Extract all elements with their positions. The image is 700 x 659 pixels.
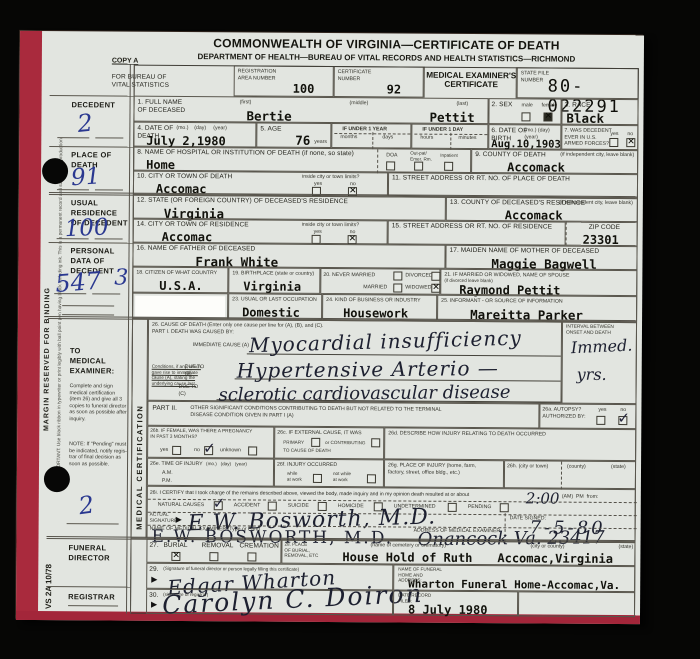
copy-label: COPY A (112, 57, 139, 64)
divider (50, 95, 134, 97)
residence-state-label: 12. STATE (OR FOREIGN COUNTRY) OF DECEAS… (137, 197, 348, 206)
external-contributing-label: or CONTRIBUTING (325, 440, 365, 446)
full-name-label: 1. FULL NAME OF DECEASED (137, 99, 185, 115)
field-sex: 2. SEX male female (488, 98, 561, 125)
field-ssn-redacted (132, 293, 228, 320)
field-armed-forces: 7. WAS DECEDENT EVER IN U.S. ARMED FORCE… (561, 125, 638, 151)
field-under-one-day: IF UNDER 1 DAY hours minutes (411, 124, 488, 150)
external-primary-label: PRIMARY (283, 440, 304, 446)
days-label: days (382, 134, 393, 141)
last-hint: (last) (457, 101, 469, 108)
burial-state-hint: (state) (618, 544, 633, 551)
medical-certification-label: MEDICAL CERTIFICATION (135, 330, 145, 530)
sidebar-decedent-value: 2 (76, 109, 94, 138)
rule (57, 238, 89, 239)
field-father: 16. NAME OF FATHER OF DECEASED Frank Whi… (132, 243, 445, 269)
punch-hole-bottom (44, 466, 70, 492)
external-primary-checkbox (311, 438, 320, 447)
sidebar-examiner-copy-number: 2 (77, 490, 96, 520)
fd-signature-pointer-icon: ▶ (151, 575, 157, 584)
sidebar-funeral-director-label: FUNERAL DIRECTOR (68, 543, 110, 564)
divider (46, 586, 130, 588)
injury-city-label: 26h. (city or town) (507, 463, 548, 470)
residence-limits-label: inside city or town limits? (302, 222, 359, 229)
medical-certification-strip: MEDICAL CERTIFICATION (131, 319, 149, 539)
injury-time-label: 26e. TIME OF INJURY (150, 461, 203, 468)
field-age: 5. AGE 76 years (256, 122, 331, 148)
field-mother: 17. MAIDEN NAME OF MOTHER OF DECEASED Ma… (445, 245, 637, 270)
burial-city-value: Accomac,Virginia (497, 551, 613, 566)
rule (95, 189, 123, 190)
race-label: 3. RACE (565, 102, 591, 110)
field-marital-status: 20. NEVER MARRIED DIVORCED MARRIED WIDOW… (320, 268, 440, 295)
doa-checkbox (386, 161, 395, 170)
rule (57, 137, 89, 138)
while-at-work-checkbox (313, 474, 322, 483)
cause-of-death-box: 26. CAUSE OF DEATH (Enter only one cause… (147, 319, 562, 404)
external-cause-box: 26c. IF EXTERNAL CAUSE, IT WAS PRIMARY o… (274, 427, 384, 460)
field-county-of-death: 9. COUNTY OF DEATH (if independent city,… (471, 149, 638, 174)
armed-forces-label: 7. WAS DECEDENT EVER IN U.S. ARMED FORCE… (564, 128, 612, 148)
registrar-signature-pointer-icon: ▶ (151, 600, 157, 609)
sidebar-personal-data-value2: 3 (114, 265, 128, 290)
form-code: VS 2A 10/78 (44, 539, 53, 609)
pregnancy-box: 26b. IF FEMALE, WAS THERE A PREGNANCY IN… (147, 426, 274, 459)
funeral-home-box: NAME OF FUNERAL HOME AND ADDRESS: Wharto… (393, 564, 635, 592)
months-label: months (340, 134, 357, 141)
citizen-label: 18. CITIZEN OF WHAT COUNTRY (136, 270, 217, 277)
interval-b-value: yrs. (577, 365, 607, 384)
pregnancy-unknown-label: unknown (220, 447, 241, 454)
manner-undetermined-checkbox (448, 503, 457, 512)
injury-county-label: (county) (567, 464, 586, 471)
sex-female-checkbox (543, 112, 552, 121)
certify-text: 26i. I CERTIFY that I took charge of the… (150, 490, 469, 498)
injury-at-work-box: 26f. INJURY OCCURRED while at work not w… (274, 459, 384, 488)
date-filed-box: DATE RECORD FILED: 8 July 1980 (393, 590, 518, 616)
external-suffix: TO CAUSE OF DEATH (283, 448, 331, 454)
field-hospital: 8. NAME OF HOSPITAL OR INSTITUTION OF DE… (133, 147, 471, 173)
county-of-death-label: 9. COUNTY OF DEATH (475, 151, 546, 159)
burial-checkbox (171, 552, 180, 561)
field-under-one-year: IF UNDER 1 YEAR months days (331, 123, 411, 149)
sex-label: 2. SEX (492, 101, 513, 109)
burial-place-label: 28. PLACE OF BURIAL, REMOVAL, ETC (284, 542, 318, 559)
autopsy-label: 26a. AUTOPSY? AUTHORIZED BY: (542, 406, 585, 419)
disposition-number: 27. (149, 542, 158, 550)
removal-label: REMOVAL (201, 542, 233, 550)
injury-time-pm: P.M. (162, 478, 172, 485)
field-occupation: 23. USUAL OR LAST OCCUPATION Domestic (228, 293, 322, 320)
pregnancy-label: 26b. IF FEMALE, WAS THERE A PREGNANCY IN… (150, 429, 252, 442)
injury-time-hints: (mo.) (day) (year) (206, 461, 247, 467)
field-residence-city: 14. CITY OR TOWN OF RESIDENCE Accomac in… (133, 219, 388, 245)
city-of-death-label: 10. CITY OR TOWN OF DEATH (137, 173, 232, 181)
red-binding-strip (16, 31, 42, 620)
last-name-value: Pettit (429, 110, 474, 125)
race-value: Black (566, 111, 604, 126)
city-of-death-limits-label: inside city or town limits? (302, 174, 359, 181)
occupation-label: 23. USUAL OR LAST OCCUPATION (232, 296, 317, 303)
rule (67, 523, 119, 524)
residence-limits-yes-checkbox (312, 235, 321, 244)
hours-label: hours (420, 135, 433, 142)
father-label: 16. NAME OF FATHER OF DECEASED (137, 245, 256, 254)
date-of-death-hints: (mo.) (day) (year) (176, 125, 226, 132)
empty-end-box (518, 591, 635, 617)
armed-forces-no-checkbox (626, 138, 635, 147)
field-residence-county: 13. COUNTY OF DECEASED'S RESIDENCE (if i… (446, 197, 638, 222)
interval-a-value: Immed. (570, 336, 632, 358)
not-while-at-work-label: not while at work (333, 471, 351, 483)
certify-ampm: (AM) PM from: (562, 494, 599, 501)
cremation-label: CREMATION (239, 542, 278, 550)
sidebar-registrar-label: REGISTRAR (68, 592, 115, 602)
divorced-checkbox (431, 272, 440, 281)
residence-city-label: 14. CITY OR TOWN OF RESIDENCE (137, 221, 249, 230)
age-value: 76 (295, 133, 310, 148)
field-industry: 24. KIND OF BUSINESS OR INDUSTRY Housewo… (322, 294, 437, 321)
autopsy-yes-label: yes (598, 407, 606, 414)
external-contributing-checkbox (371, 438, 380, 447)
field-date-of-birth: 6. DATE OF BIRTH (mo.) (day) (year) Aug.… (488, 124, 561, 150)
date-filed-value: 8 July 1980 (408, 603, 488, 618)
rule (57, 189, 89, 190)
field-residence-state: 12. STATE (OR FOREIGN COUNTRY) OF DECEAS… (133, 195, 446, 221)
cemetery-hint: (name of cemetery or crematory) (370, 542, 446, 549)
field-citizen: 18. CITIZEN OF WHAT COUNTRY U.S.A. (132, 267, 228, 294)
inpatient-checkbox (444, 162, 453, 171)
rule (92, 293, 120, 294)
county-of-death-note: (if independent city, leave blank) (560, 152, 634, 159)
rule (68, 605, 118, 606)
widowed-label: WIDOWED (405, 285, 431, 292)
field-zip: ZIP CODE 23301 (566, 222, 638, 247)
injury-time-am: A.M. (162, 470, 173, 477)
disposition-box: 27. BURIAL REMOVAL CREMATION (146, 539, 281, 564)
pregnancy-no-label: no (194, 447, 200, 454)
signature-pointer-icon: ▶ (176, 515, 182, 524)
external-cause-label: 26c. IF EXTERNAL CAUSE, IT WAS (277, 430, 361, 437)
informant-label: 25. INFORMANT - OR SOURCE OF INFORMATION (441, 298, 562, 305)
autopsy-yes-checkbox (596, 416, 605, 425)
part2-box: PART II. OTHER SIGNIFICANT CONDITIONS CO… (147, 401, 539, 429)
pregnancy-unknown-checkbox (248, 446, 257, 455)
sex-male-checkbox (521, 112, 530, 121)
minutes-label: minutes (458, 135, 476, 142)
certify-time-value: 2:00 (526, 489, 560, 507)
immediate-cause-label: IMMEDIATE CAUSE (A) (193, 342, 249, 349)
field-birthplace: 19. BIRTHPLACE (state or country) Virgin… (228, 267, 320, 294)
punch-hole-top (42, 158, 68, 184)
armed-forces-yes-checkbox (609, 138, 618, 147)
injury-place-label: 26g. PLACE OF INJURY (home, farm, factor… (388, 462, 476, 476)
interval-box: INTERVAL BETWEEN ONSET AND DEATH Immed. … (561, 322, 637, 405)
rule (54, 293, 86, 294)
armed-forces-yes-label: yes (610, 131, 618, 138)
sidebar-place-of-death-value: 91 (70, 163, 101, 191)
street-of-death-label: 11. STREET ADDRESS OR RT. NO. OF PLACE O… (392, 174, 570, 183)
burial-city-hint: (city or county) (530, 543, 564, 550)
part2-text: OTHER SIGNIFICANT CONDITIONS CONTRIBUTIN… (190, 405, 441, 420)
burial-label: BURIAL (163, 542, 187, 550)
first-hint: (first) (240, 99, 252, 106)
married-label: MARRIED (363, 284, 387, 291)
first-name-value: Bertie (246, 108, 291, 123)
cemetery-value: House Hold of Ruth (342, 550, 472, 565)
part2-label: PART II. (152, 405, 177, 413)
injury-occurred-label: 26f. INJURY OCCURRED (277, 462, 337, 469)
burial-place-box: 28. PLACE OF BURIAL, REMOVAL, ETC (name … (281, 540, 635, 566)
sex-female-label: female (542, 102, 558, 109)
injury-location-box: 26h. (city or town) (county) (state) (504, 460, 636, 489)
field-race: 3. RACE Black (561, 99, 638, 126)
redaction-patch (135, 296, 225, 318)
sidebar-to-medical-examiner-label: TO MEDICAL EXAMINER: (70, 346, 115, 377)
residence-county-note: (if independent city, leave blank) (559, 200, 633, 207)
field-spouse: 21. IF MARRIED OR WIDOWED, NAME OF SPOUS… (440, 269, 637, 296)
age-label: 5. AGE (260, 126, 281, 134)
birthplace-label: 19. BIRTHPLACE (state or country) (232, 270, 314, 277)
dashed-divider (561, 462, 563, 490)
pregnancy-yes-checkbox (172, 446, 181, 455)
injury-place-box: 26g. PLACE OF INJURY (home, farm, factor… (384, 459, 504, 488)
injury-state-label: (state) (611, 464, 626, 471)
middle-hint: (middle) (350, 100, 369, 107)
not-while-at-work-checkbox (367, 474, 376, 483)
citizen-value: U.S.A. (159, 279, 202, 293)
injury-time-box: 26e. TIME OF INJURY (mo.) (day) (year) A… (147, 458, 274, 487)
divorced-label: DIVORCED (405, 273, 432, 280)
rule (95, 238, 123, 239)
removal-checkbox (209, 552, 218, 561)
department-line: DEPARTMENT OF HEALTH—BUREAU OF VITAL REC… (134, 52, 639, 65)
cause-line-b: Hypertensive Arterio — (237, 356, 499, 383)
while-at-work-label: while at work (287, 471, 302, 483)
sex-male-label: male (522, 102, 533, 109)
death-certificate-scan: IMPORTANT: Use black ribbon in typewrite… (16, 31, 644, 624)
injury-description-label: 26d. DESCRIBE HOW INJURY RELATING TO DEA… (388, 430, 546, 438)
outpat-checkbox (414, 162, 423, 171)
manner-accident-label: ACCIDENT (234, 502, 261, 509)
sidebar-examiner-instructions: Complete and sign medical certification … (69, 383, 127, 422)
manner-pending-checkbox (500, 503, 509, 512)
doa-label: DOA (386, 152, 397, 159)
manner-natural-label: NATURAL CAUSES (158, 502, 204, 509)
widowed-checkbox (431, 284, 440, 293)
margin-reserved-label: MARGIN RESERVED FOR BINDING (43, 181, 52, 431)
binding-fine-print: IMPORTANT: Use black ribbon in typewrite… (57, 146, 65, 476)
residence-limits-no-checkbox (348, 235, 357, 244)
dashed-divider (377, 149, 379, 173)
due-to-c-label: DUE TO (C) (179, 384, 199, 397)
autopsy-box: 26a. AUTOPSY? AUTHORIZED BY: yes no (539, 403, 636, 429)
interval-header: INTERVAL BETWEEN ONSET AND DEATH (566, 325, 614, 337)
cremation-checkbox (247, 552, 256, 561)
mother-label: 17. MAIDEN NAME OF MOTHER OF DECEASED (450, 247, 600, 256)
inpatient-label: Inpatient (440, 153, 458, 159)
zip-label: ZIP CODE (589, 224, 620, 232)
manner-pending-label: PENDING (468, 504, 492, 511)
field-date-of-death: 4. DATE OF DEATH (mo.) (day) (year) July… (133, 122, 256, 148)
certificate-title: COMMONWEALTH OF VIRGINIA—CERTIFICATE OF … (134, 36, 639, 54)
dashed-divider (450, 133, 452, 150)
married-checkbox (393, 283, 402, 292)
dashed-divider (372, 132, 374, 149)
manner-natural-checkbox (214, 501, 223, 510)
outpat-label: Out-pat/ Emer. Rm. (410, 151, 432, 163)
field-residence-street: 15. STREET ADDRESS OR RT. NO. OF RESIDEN… (388, 220, 566, 245)
sidebar-examiner-note: NOTE: If "Pending" must be indicated, no… (69, 441, 127, 467)
certify-block: 26i. I CERTIFY that I took charge of the… (147, 486, 636, 542)
registrar-number: 30. (149, 592, 158, 600)
birthplace-value: Virginia (243, 279, 301, 293)
hospital-label: 8. NAME OF HOSPITAL OR INSTITUTION OF DE… (137, 149, 354, 158)
never-married-label: 20. NEVER MARRIED (323, 272, 375, 279)
pregnancy-yes-label: yes (160, 447, 168, 454)
never-married-checkbox (393, 271, 402, 280)
pregnancy-no-checkbox (204, 446, 213, 455)
fd-number: 29. (149, 566, 158, 574)
injury-description-box: 26d. DESCRIBE HOW INJURY RELATING TO DEA… (384, 427, 636, 461)
field-full-name: 1. FULL NAME OF DECEASED (first) (middle… (133, 96, 488, 124)
age-unit: years (314, 139, 327, 146)
industry-label: 24. KIND OF BUSINESS OR INDUSTRY (326, 297, 420, 304)
rule (95, 137, 123, 138)
rule (62, 305, 114, 306)
residence-street-label: 15. STREET ADDRESS OR RT. NO. OF RESIDEN… (392, 222, 552, 231)
autopsy-no-checkbox (618, 416, 627, 425)
